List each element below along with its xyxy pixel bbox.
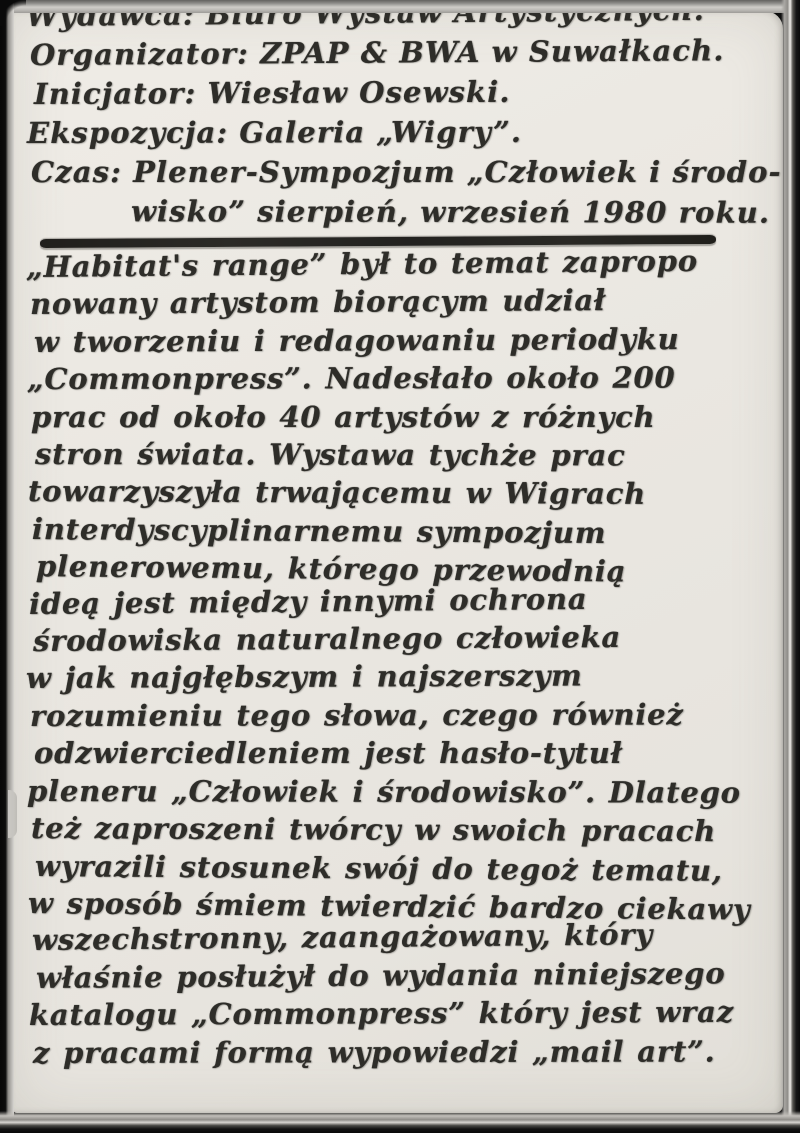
handwritten-body-line: nowany artystom biorącym udział — [26, 281, 774, 323]
handwritten-body-line: w jak najgłębszym i najszerszym — [26, 657, 774, 698]
scan-corner-shadow — [0, 0, 26, 26]
scan-edge-left — [0, 0, 14, 1133]
handwritten-body-line: wyrazili stosunek swój do tegoż tematu, — [26, 848, 774, 890]
handwritten-body-line: katalogu „Commonpress” który jest wraz — [26, 994, 774, 1035]
handwritten-colophon-line: wisko” sierpień, wrzesień 1980 roku. — [26, 192, 774, 233]
handwritten-body-line: rozumieniu tego słowa, czego również — [26, 696, 774, 735]
handwritten-body-line: pleneru „Człowiek i środowisko”. Dlatego — [26, 773, 774, 812]
colophon-block: Wydawca: Biuro Wystaw Artystycznych.Orga… — [26, 0, 774, 231]
handwritten-body-line: towarzyszyła trwającemu w Wigrach — [26, 473, 774, 514]
scan-edge-bottom — [0, 1111, 800, 1133]
handwritten-body-line: „Habitat's range” był to temat zapropo — [26, 242, 774, 286]
scanned-page-photo: Wydawca: Biuro Wystaw Artystycznych.Orga… — [0, 0, 800, 1133]
handwritten-body-line: właśnie posłużył do wydania niniejszego — [26, 955, 774, 997]
handwritten-colophon-line: Organizator: ZPAP & BWA w Suwałkach. — [26, 31, 774, 75]
handwritten-body-line: odzwierciedleniem jest hasło-tytuł — [26, 735, 774, 772]
handwritten-colophon-line: Czas: Plener-Sympozjum „Człowiek i środo… — [26, 153, 774, 192]
body-text-block: „Habitat's range” był to temat zapropono… — [26, 249, 774, 1072]
scan-edge-top — [0, 0, 800, 13]
handwritten-body-line: ideą jest między innymi ochrona — [26, 579, 774, 623]
scan-edge-right — [781, 0, 800, 1133]
handwritten-body-line: stron świata. Wystawa tychże prac — [26, 436, 774, 475]
handwritten-body-line: środowiska naturalnego człowieka — [26, 618, 774, 660]
handwritten-body-line: prac od około 40 artystów z różnych — [26, 399, 774, 436]
handwritten-colophon-line: Ekspozycja: Galeria „Wigry”. — [26, 112, 774, 153]
handwritten-body-line: „Commonpress”. Nadesłało około 200 — [26, 360, 774, 399]
handwritten-body-line: też zaproszeni twórcy w swoich pracach — [26, 810, 774, 851]
handwritten-colophon-line: Inicjator: Wiesław Osewski. — [26, 72, 774, 114]
handwritten-body-line: z pracami formą wypowiedzi „mail art”. — [26, 1033, 774, 1072]
handwritten-body-line: w tworzeniu i redagowaniu periodyku — [26, 320, 774, 361]
handwritten-body-line: wszechstronny, zaangażowany, który — [26, 916, 774, 960]
paper-chip-artifact — [8, 790, 17, 838]
handwritten-body-line: interdyscyplinarnemu sympozjum — [26, 511, 774, 553]
